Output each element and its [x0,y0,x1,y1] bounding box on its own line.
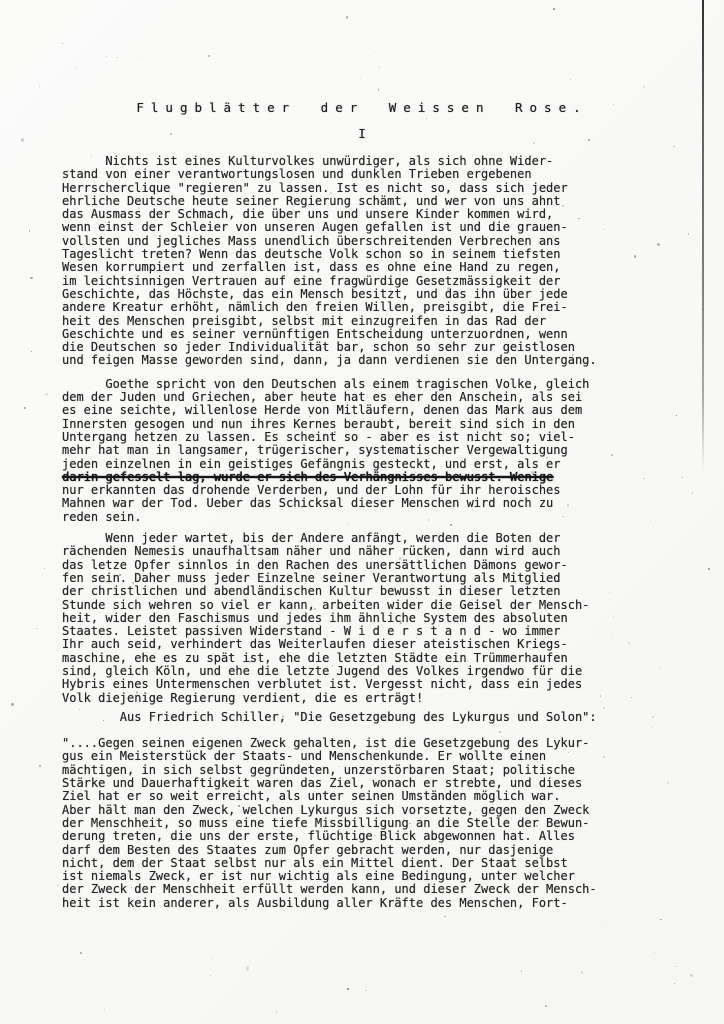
text-line: Wesen korrumpiert und zerfallen ist, das… [62,261,662,274]
text-line: Hybris eines Untermenschen verblutet ist… [62,678,662,691]
text-line: und feigen Masse geworden sind, dann, ja… [62,354,662,367]
schiller-attribution: Aus Friedrich Schiller, "Die Gesetzgebun… [62,711,662,724]
struck-text-line: darin gefesselt lag, wurde er sich des V… [62,471,662,484]
paragraph-2: Goethe spricht von den Deutschen als ein… [62,378,662,524]
text-line: derung treten, die uns der erste, flücht… [62,830,662,843]
text-line: nicht, dem der Staat selbst nur als ein … [62,857,662,870]
text-line: jeden einzelnen in ein geistiges Gefängn… [62,458,662,471]
text-line: Volk diejenige Regierung verdient, die e… [62,692,662,705]
text-line: dem der Juden und Griechen, aber heute h… [62,391,662,404]
text-line: darf dem Besten des Staates zum Opfer ge… [62,844,662,857]
text-line: heit ist kein anderer, als Ausbildung al… [62,897,662,910]
text-line: Goethe spricht von den Deutschen als ein… [62,378,662,391]
text-line: das Ausmass der Schmach, die über uns un… [62,208,662,221]
text-line: Geschichte, das Höchste, das ein Mensch … [62,288,662,301]
text-line: die Deutschen so jeder Individualität ba… [62,341,662,354]
text-line: der christlichen und abendländischen Kul… [62,585,662,598]
document-title: Flugblätter der Weissen Rose. [62,100,662,115]
text-line: Geschichte und es seiner vernünftigen En… [62,328,662,341]
document-text-block: Flugblätter der Weissen Rose. I Nichts i… [62,100,662,910]
scan-crease-line [702,0,704,470]
text-line: Aus Friedrich Schiller, "Die Gesetzgebun… [62,711,662,724]
text-line: mächtigen, in sich selbst gegründeten, u… [62,764,662,777]
text-line: heit des Menschen preisgibt, selbst mit … [62,315,662,328]
text-line: der Zweck der Menschheit erfüllt werden … [62,883,662,896]
text-line: vollsten und jegliches Mass unendlich üb… [62,235,662,248]
text-line: andere Kreatur erhöht, nämlich den freie… [62,301,662,314]
paragraph-3: Wenn jeder wartet, bis der Andere anfäng… [62,532,662,705]
text-line: Tageslicht treten? Wenn das deutsche Vol… [62,248,662,261]
text-line: ist niemals Zweck, er ist nur wichtig al… [62,870,662,883]
text-line: das letze Opfer sinnlos in den Rachen de… [62,559,662,572]
text-line: Staates. Leistet passiven Widerstand - W… [62,625,662,638]
text-line: wenn einst der Schleier von unseren Auge… [62,221,662,234]
text-line: gus ein Meisterstück der Staats- und Men… [62,750,662,763]
text-line: "....Gegen seinen eigenen Zweck gehalten… [62,737,662,750]
text-line: Stärke und Dauerhaftigkeit waren das Zie… [62,777,662,790]
text-line: reden sein. [62,511,662,524]
text-line: Mahnen war der Tod. Ueber das Schicksal … [62,497,662,510]
text-line: Aber hält man den Zweck, welchen Lykurgu… [62,804,662,817]
text-line: stand von einer verantwortungslosen und … [62,168,662,181]
text-line: Nichts ist eines Kulturvolkes unwürdiger… [62,155,662,168]
text-line: Innersten gesogen und nun ihres Kernes b… [62,418,662,431]
text-line: maschine, ehe es zu spät ist, ehe die le… [62,652,662,665]
text-line: Herrscherclique "regieren" zu lassen. Is… [62,182,662,195]
text-line: mehr hat man in langsamer, trügerischer,… [62,444,662,457]
text-line: der Menschheit, so muss eine tiefe Missb… [62,817,662,830]
text-line: Ziel hat er so weit erreicht, als unter … [62,790,662,803]
text-line: Ihr auch seid, verhindert das Weiterlauf… [62,638,662,651]
text-line: es eine seichte, willenlose Herde von Mi… [62,404,662,417]
text-line: Wenn jeder wartet, bis der Andere anfäng… [62,532,662,545]
text-line: heit, wider den Faschismus und jedes ihm… [62,612,662,625]
text-line: Stunde sich wehren so viel er kann, arbe… [62,599,662,612]
scanned-document-page: Flugblätter der Weissen Rose. I Nichts i… [0,0,724,1024]
schiller-quote: "....Gegen seinen eigenen Zweck gehalten… [62,737,662,910]
text-line: im leichtsinnigen Vertrauen auf eine fra… [62,275,662,288]
text-line: ehrliche Deutsche heute seiner Regierung… [62,195,662,208]
text-line: nur erkannten das drohende Verderben, un… [62,484,662,497]
text-line: fen sein. Daher muss jeder Einzelne sein… [62,572,662,585]
text-line: Untergang hetzen zu lassen. Es scheint s… [62,431,662,444]
leaflet-numeral: I [62,127,662,140]
text-line: rächenden Nemesis unaufhaltsam näher und… [62,545,662,558]
text-line: sind, gleich Köln, und ehe die letzte Ju… [62,665,662,678]
paragraph-1: Nichts ist eines Kulturvolkes unwürdiger… [62,155,662,368]
